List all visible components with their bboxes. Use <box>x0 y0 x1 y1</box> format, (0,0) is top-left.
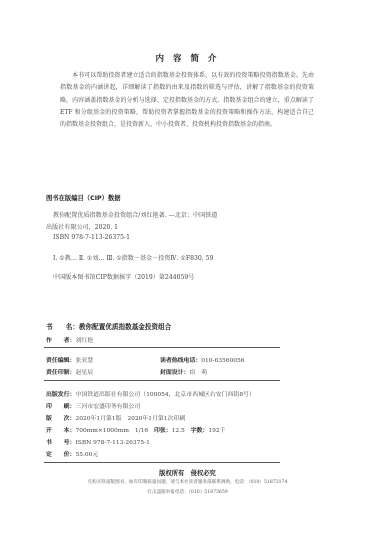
author-row: 作 者：刘红艳 <box>46 335 93 344</box>
format-value: 700mm×1000mm 1/16 <box>75 428 154 434</box>
copyright-notice: 凡购买铁道版图书，如有印制质量问题，请与本社读者服务部联系调换。电话：（010）… <box>0 479 375 485</box>
edition-label: 版 次： <box>46 413 75 422</box>
copyright-heading: 版权所有 侵权必究 <box>0 468 375 477</box>
cip-isbn: ISBN 978-7-113-26375-1 <box>53 234 130 241</box>
words-label: 字数： <box>191 425 209 434</box>
price-value: 55.00元 <box>75 452 98 458</box>
cip-publisher-line: 出版社有限公司，2020. 1 <box>46 222 118 231</box>
publisher-value: 中国铁道出版社有限公司（100054，北京市西城区右安门西街8号） <box>75 392 254 398</box>
editor-value: 张亚慧 <box>75 358 93 364</box>
summary-title: 内 容 简 介 <box>0 52 375 64</box>
summary-paragraph: 本书可以帮助投资者建立适合的指数基金投资体系，以有效的投资策略投资指数基金。先由… <box>60 70 314 131</box>
format-label: 开 本： <box>46 425 75 434</box>
editor-label: 责任编辑： <box>46 355 75 364</box>
sheets-label: 印张： <box>154 425 172 434</box>
cover-design-label: 封面设计： <box>160 367 189 376</box>
isbn-row: 书 号：ISBN 978-7-113-26375-1 <box>46 437 150 446</box>
print-supervisor-value: 赵星辰 <box>75 370 93 376</box>
hotline-label: 读者热线电话： <box>160 355 201 364</box>
publisher-row: 出版发行：中国铁道出版社有限公司（100054，北京市西城区右安门西街8号） <box>46 389 255 398</box>
author-label: 作 者： <box>46 335 75 344</box>
isbn-value: ISBN 978-7-113-26375-1 <box>75 440 149 446</box>
divider-rule <box>44 380 280 381</box>
cover-design-row: 封面设计：宿 萌 <box>160 367 207 376</box>
divider-rule <box>44 462 280 463</box>
author-value: 刘红艳 <box>75 338 93 344</box>
book-title-row: 书 名：教你配置优质指数基金投资组合 <box>46 321 171 331</box>
format-row: 开 本：700mm×1000mm 1/16 印张：12.5 字数：192千 <box>46 425 225 434</box>
divider-rule <box>44 347 280 348</box>
cip-heading: 图书在版编目（CIP）数据 <box>46 193 121 202</box>
printer-value: 三河市宏盛印务有限公司 <box>75 404 140 410</box>
publisher-label: 出版发行： <box>46 389 75 398</box>
cip-record-number: 中国版本图书馆CIP数据核字（2019）第244059号 <box>53 272 194 281</box>
printer-label: 印 刷： <box>46 401 75 410</box>
cip-classification: Ⅰ. ①教… Ⅱ. ①刘… Ⅲ. ①指数－基金－投资Ⅳ. ①F830. 59 <box>53 253 213 262</box>
price-row: 定 价：55.00元 <box>46 449 98 458</box>
sheets-value: 12.5 <box>172 428 191 434</box>
book-title-label: 书 名： <box>46 321 79 331</box>
hotline-value: 010-63560056 <box>201 358 244 364</box>
cover-design-value: 宿 萌 <box>189 370 207 376</box>
edition-row: 版 次：2020年1月第1版 2020年1月第1次印刷 <box>46 413 185 422</box>
print-supervisor-label: 责任印制： <box>46 367 75 376</box>
edition-value: 2020年1月第1版 2020年1月第1次印刷 <box>75 416 185 422</box>
book-title-value: 教你配置优质指数基金投资组合 <box>79 323 171 331</box>
isbn-label: 书 号： <box>46 437 75 446</box>
cip-title-line: 教你配置优质指数基金投资组合/刘红艳著. —北京：中国铁道 <box>53 210 217 219</box>
print-supervisor-row: 责任印制：赵星辰 <box>46 367 93 376</box>
hotline-row: 读者热线电话：010-63560056 <box>160 355 244 364</box>
price-label: 定 价： <box>46 449 75 458</box>
words-value: 192千 <box>208 428 225 434</box>
piracy-hotline: 打击盗版举报电话：（010）51873659 <box>0 489 375 495</box>
editor-row: 责任编辑：张亚慧 <box>46 355 93 364</box>
printer-row: 印 刷：三河市宏盛印务有限公司 <box>46 401 140 410</box>
